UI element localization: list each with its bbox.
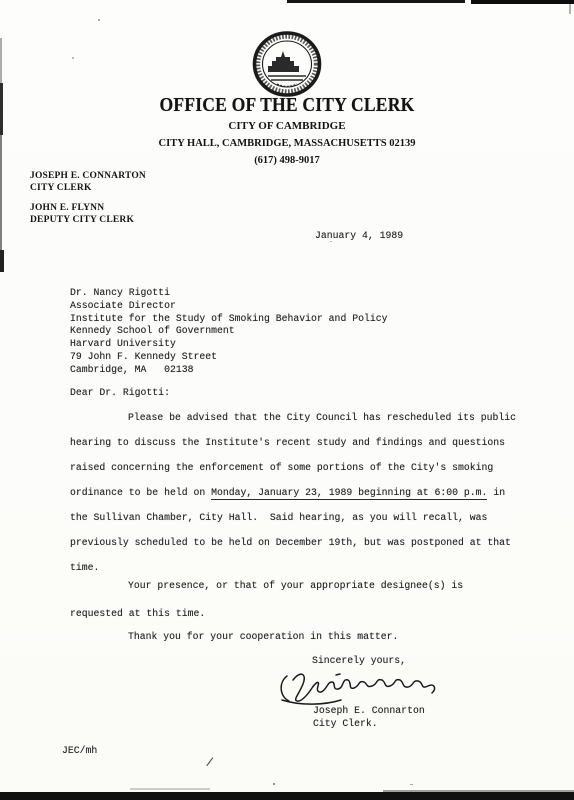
letter-date: January 4, 1989 [315, 230, 403, 241]
scan-artifact-top-bar [471, 0, 574, 4]
recipient-line: Harvard University [70, 338, 387, 351]
body-paragraph-2: Your presence, or that of your appropria… [70, 572, 463, 628]
recipient-line: Institute for the Study of Smoking Behav… [70, 313, 387, 326]
stray-pen-mark: / [205, 756, 214, 771]
city-line: CITY OF CAMBRIDGE [0, 120, 574, 132]
scan-artifact-left-edge [0, 250, 4, 272]
scan-speck [330, 241, 332, 242]
body-line: previously scheduled to be held on Decem… [70, 530, 516, 555]
scan-artifact-bottom-fuzz [130, 788, 210, 790]
address-line: CITY HALL, CAMBRIDGE, MASSACHUSETTS 0213… [0, 138, 574, 149]
valediction: Sincerely yours, [312, 655, 406, 666]
handwritten-signature-icon [279, 667, 442, 709]
clerk-title: CITY CLERK [30, 183, 146, 195]
scan-artifact-bottom-fuzz [383, 790, 574, 793]
recipient-line: 79 John F. Kennedy Street [70, 351, 387, 364]
body-line: raised concerning the enforcement of som… [70, 455, 516, 480]
scan-artifact-right-tick [569, 4, 571, 14]
office-title: OFFICE OF THE CITY CLERK [34, 94, 539, 117]
reference-initials: JEC/mh [62, 745, 97, 756]
body-text: ordinance to be held on [70, 487, 211, 498]
recipient-line: Kennedy School of Government [70, 325, 387, 338]
body-line-with-underline: ordinance to be held on Monday, January … [70, 480, 516, 505]
body-paragraph-1: Please be advised that the City Council … [70, 405, 516, 580]
scanned-letter-page: OFFICE OF THE CITY CLERK CITY OF CAMBRID… [0, 0, 574, 800]
clerk-name: JOSEPH E. CONNARTON [30, 171, 146, 183]
recipient-address-block: Dr. Nancy Rigotti Associate Director Ins… [70, 287, 387, 377]
scan-speck [273, 783, 275, 785]
signer-title: City Clerk. [313, 718, 378, 729]
scan-artifact-top-bar [287, 0, 465, 3]
scan-speck [98, 19, 100, 21]
body-line: Thank you for your cooperation in this m… [70, 624, 398, 649]
recipient-line: Cambridge, MA 02138 [70, 364, 387, 377]
deputy-clerk-name: JOHN E. FLYNN [30, 203, 146, 215]
city-of-cambridge-seal-icon [251, 30, 323, 98]
underlined-hearing-datetime: Monday, January 23, 1989 beginning at 6:… [211, 487, 487, 500]
body-line: Your presence, or that of your appropria… [70, 572, 463, 600]
scan-speck [410, 784, 413, 785]
body-line: Please be advised that the City Council … [70, 405, 516, 430]
scan-artifact-left-edge [0, 135, 2, 250]
body-text: in [487, 487, 505, 498]
body-line: hearing to discuss the Institute's recen… [70, 430, 516, 455]
deputy-clerk-title: DEPUTY CITY CLERK [30, 215, 146, 227]
salutation: Dear Dr. Rigotti: [70, 387, 170, 398]
recipient-line: Dr. Nancy Rigotti [70, 287, 387, 300]
scan-artifact-bottom-bar [0, 792, 574, 800]
recipient-line: Associate Director [70, 300, 387, 313]
signer-name: Joseph E. Connarton [313, 705, 425, 716]
body-paragraph-3: Thank you for your cooperation in this m… [70, 624, 398, 649]
officials-block: JOSEPH E. CONNARTON CITY CLERK JOHN E. F… [30, 171, 146, 226]
body-line: the Sullivan Chamber, City Hall. Said he… [70, 505, 516, 530]
scan-artifact-left-edge [0, 38, 2, 83]
scan-speck [72, 57, 74, 59]
phone-line: (617) 498-9017 [0, 155, 574, 166]
